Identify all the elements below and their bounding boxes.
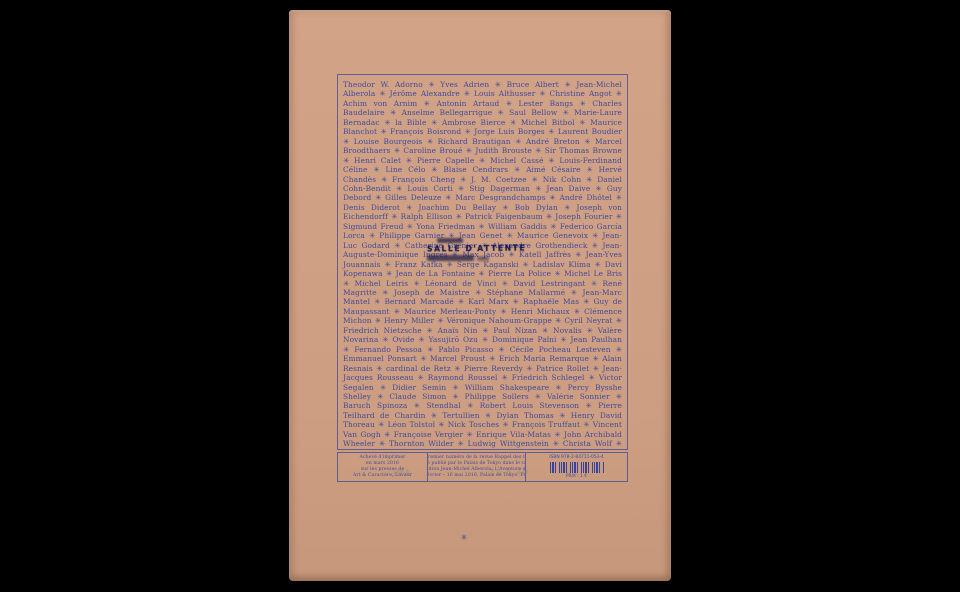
colophon-box: Achevé d'imprimer en mars 2016 sur les p… [337, 452, 628, 482]
book-back-cover: Theodor W. Adorno ✳ Yves Adrien ✳ Bruce … [289, 10, 671, 581]
publication-line: (3 février – 16 mai 2016, Palais de Toky… [427, 473, 525, 479]
author-list-box: Theodor W. Adorno ✳ Yves Adrien ✳ Bruce … [337, 74, 628, 450]
colophon-printer-cell: Achevé d'imprimer en mars 2016 sur les p… [338, 453, 427, 481]
price-text: PRIX : 1 € [566, 474, 587, 479]
ink-smudge [437, 238, 463, 243]
printer-line: Art & Caractère, Lavaur [353, 473, 412, 479]
colophon-publication-cell: Ce premier numéro de la revue Rappel des… [427, 453, 525, 481]
barcode [550, 462, 604, 473]
ink-smudge [427, 255, 474, 261]
isbn-text: ISBN 978-2-84711-053-4 [549, 455, 603, 460]
overprint-stamp: SALLE D'ATTENTE [427, 243, 526, 253]
asterisk-ornament-icon: ✳ [456, 533, 472, 542]
ink-smudge [477, 256, 489, 261]
author-list: Theodor W. Adorno ✳ Yves Adrien ✳ Bruce … [343, 80, 622, 450]
colophon-isbn-cell: ISBN 978-2-84711-053-4 PRIX : 1 € [525, 453, 627, 481]
